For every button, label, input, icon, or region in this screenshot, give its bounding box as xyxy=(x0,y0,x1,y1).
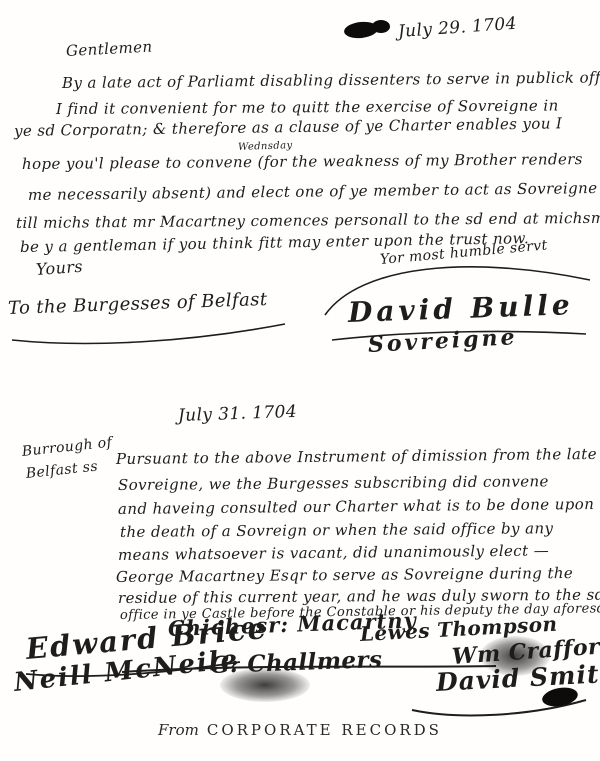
letter1-valediction: Yours xyxy=(35,257,83,279)
letter1-signature-title: Sovreigne xyxy=(367,324,518,358)
letter1-dateline: July 29. 1704 xyxy=(397,14,517,42)
letter2-margin-note-line1: Burrough of xyxy=(21,435,113,460)
letter1-signature-name: David Bulle xyxy=(347,288,574,329)
ink-blot-date-2 xyxy=(372,20,390,33)
letter1-salutation: Gentlemen xyxy=(66,37,153,60)
letter1-body-line: By a late act of Parliamt disabling diss… xyxy=(62,68,600,92)
letter2-body-line: the death of a Sovreign or when the said… xyxy=(120,519,553,541)
letter2-body-line: George Macartney Esqr to serve as Sovrei… xyxy=(116,564,573,586)
letter1-body-line: hope you'l please to convene (for the we… xyxy=(22,150,583,173)
letter1-interlineation: Wednsday xyxy=(238,140,293,153)
caption-prefix: From xyxy=(158,721,199,739)
letter2-body-line: and haveing consulted our Charter what i… xyxy=(118,495,594,518)
letter2-body-line: Pursuant to the above Instrument of dimi… xyxy=(116,445,597,468)
letter2-body-line: means whatsoever is vacant, did unanimou… xyxy=(118,541,549,564)
letter1-address: To the Burgesses of Belfast xyxy=(8,289,268,319)
letter1-body-line: ye sd Corporatn; & therefore as a clause… xyxy=(14,114,563,140)
caption: FromCORPORATE RECORDS xyxy=(0,721,600,739)
letter2-body-line: Sovreigne, we the Burgesses subscribing … xyxy=(118,472,549,494)
flourish-address-underline xyxy=(10,322,290,352)
letter2-dateline: July 31. 1704 xyxy=(178,402,298,426)
caption-title: CORPORATE RECORDS xyxy=(207,721,442,739)
letter2-margin-note-line2: Belfast ss xyxy=(25,458,98,481)
ink-smudge-center xyxy=(220,668,310,702)
letter1-body-line: me necessarily absent) and elect one of … xyxy=(28,179,598,204)
manuscript-page: July 29. 1704 Gentlemen By a late act of… xyxy=(0,0,600,761)
ink-smudge-right xyxy=(480,636,550,676)
